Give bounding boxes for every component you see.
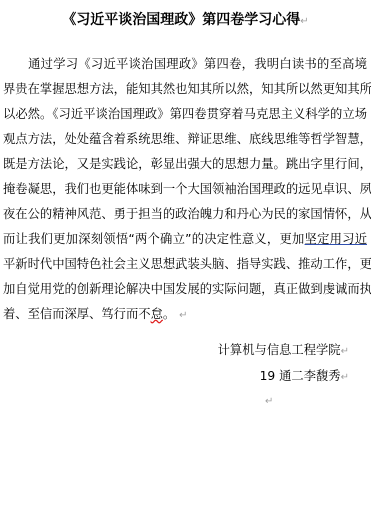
- spellcheck-flagged-word[interactable]: 怠: [151, 307, 163, 321]
- body-line: 观点方法，处处蕴含着系统思维、辩证思维、底线思维等哲学智慧，: [3, 131, 367, 147]
- paragraph-mark-icon: ↵: [300, 16, 308, 27]
- body-line: 通过学习《习近平谈治国理政》第四卷，我明白读书的至高境: [3, 56, 367, 72]
- underlined-text: 坚定用习近: [305, 232, 367, 246]
- body-line: 平新时代中国特色社会主义思想武装头脑、指导实践、推动工作，更: [3, 256, 367, 272]
- document-title: 《习近平谈治国理政》第四卷学习心得↵: [0, 10, 371, 32]
- paragraph-mark-icon: ↵: [179, 310, 187, 321]
- body-line: 既是方法论，又是实践论，彰显出强大的思想力量。跳出字里行间，: [3, 156, 367, 172]
- body-line: 加自觉用党的创新理论解决中国发展的实际问题，真正做到虔诚而执: [3, 281, 367, 297]
- paragraph-mark-icon: ↵: [341, 372, 349, 383]
- paragraph-mark-icon: ↵: [341, 346, 349, 357]
- body-line-last: 着、至信而深厚、笃行而不怠。 ↵: [3, 306, 367, 324]
- body-line: 掩卷凝思，我们也更能体味到一个大国领袖治国理政的远见卓识、夙: [3, 181, 367, 197]
- signature-department: 计算机与信息工程学院↵: [218, 342, 349, 360]
- signature-author: 19 通二李馥秀↵: [260, 368, 349, 386]
- body-line: 而让我们更加深刻领悟“两个确立”的决定性意义，更加坚定用习近: [3, 231, 367, 247]
- paragraph-mark-icon: ↵: [265, 396, 273, 407]
- body-line: 界贵在掌握思想方法，能知其然也知其所以然，知其所以然更知其所: [3, 81, 367, 97]
- body-line: 以必然。《习近平谈治国理政》第四卷贯穿着马克思主义科学的立场: [3, 106, 367, 122]
- body-line: 夜在公的精神风范、勇于担当的政治魄力和丹心为民的家国情怀，从: [3, 206, 367, 222]
